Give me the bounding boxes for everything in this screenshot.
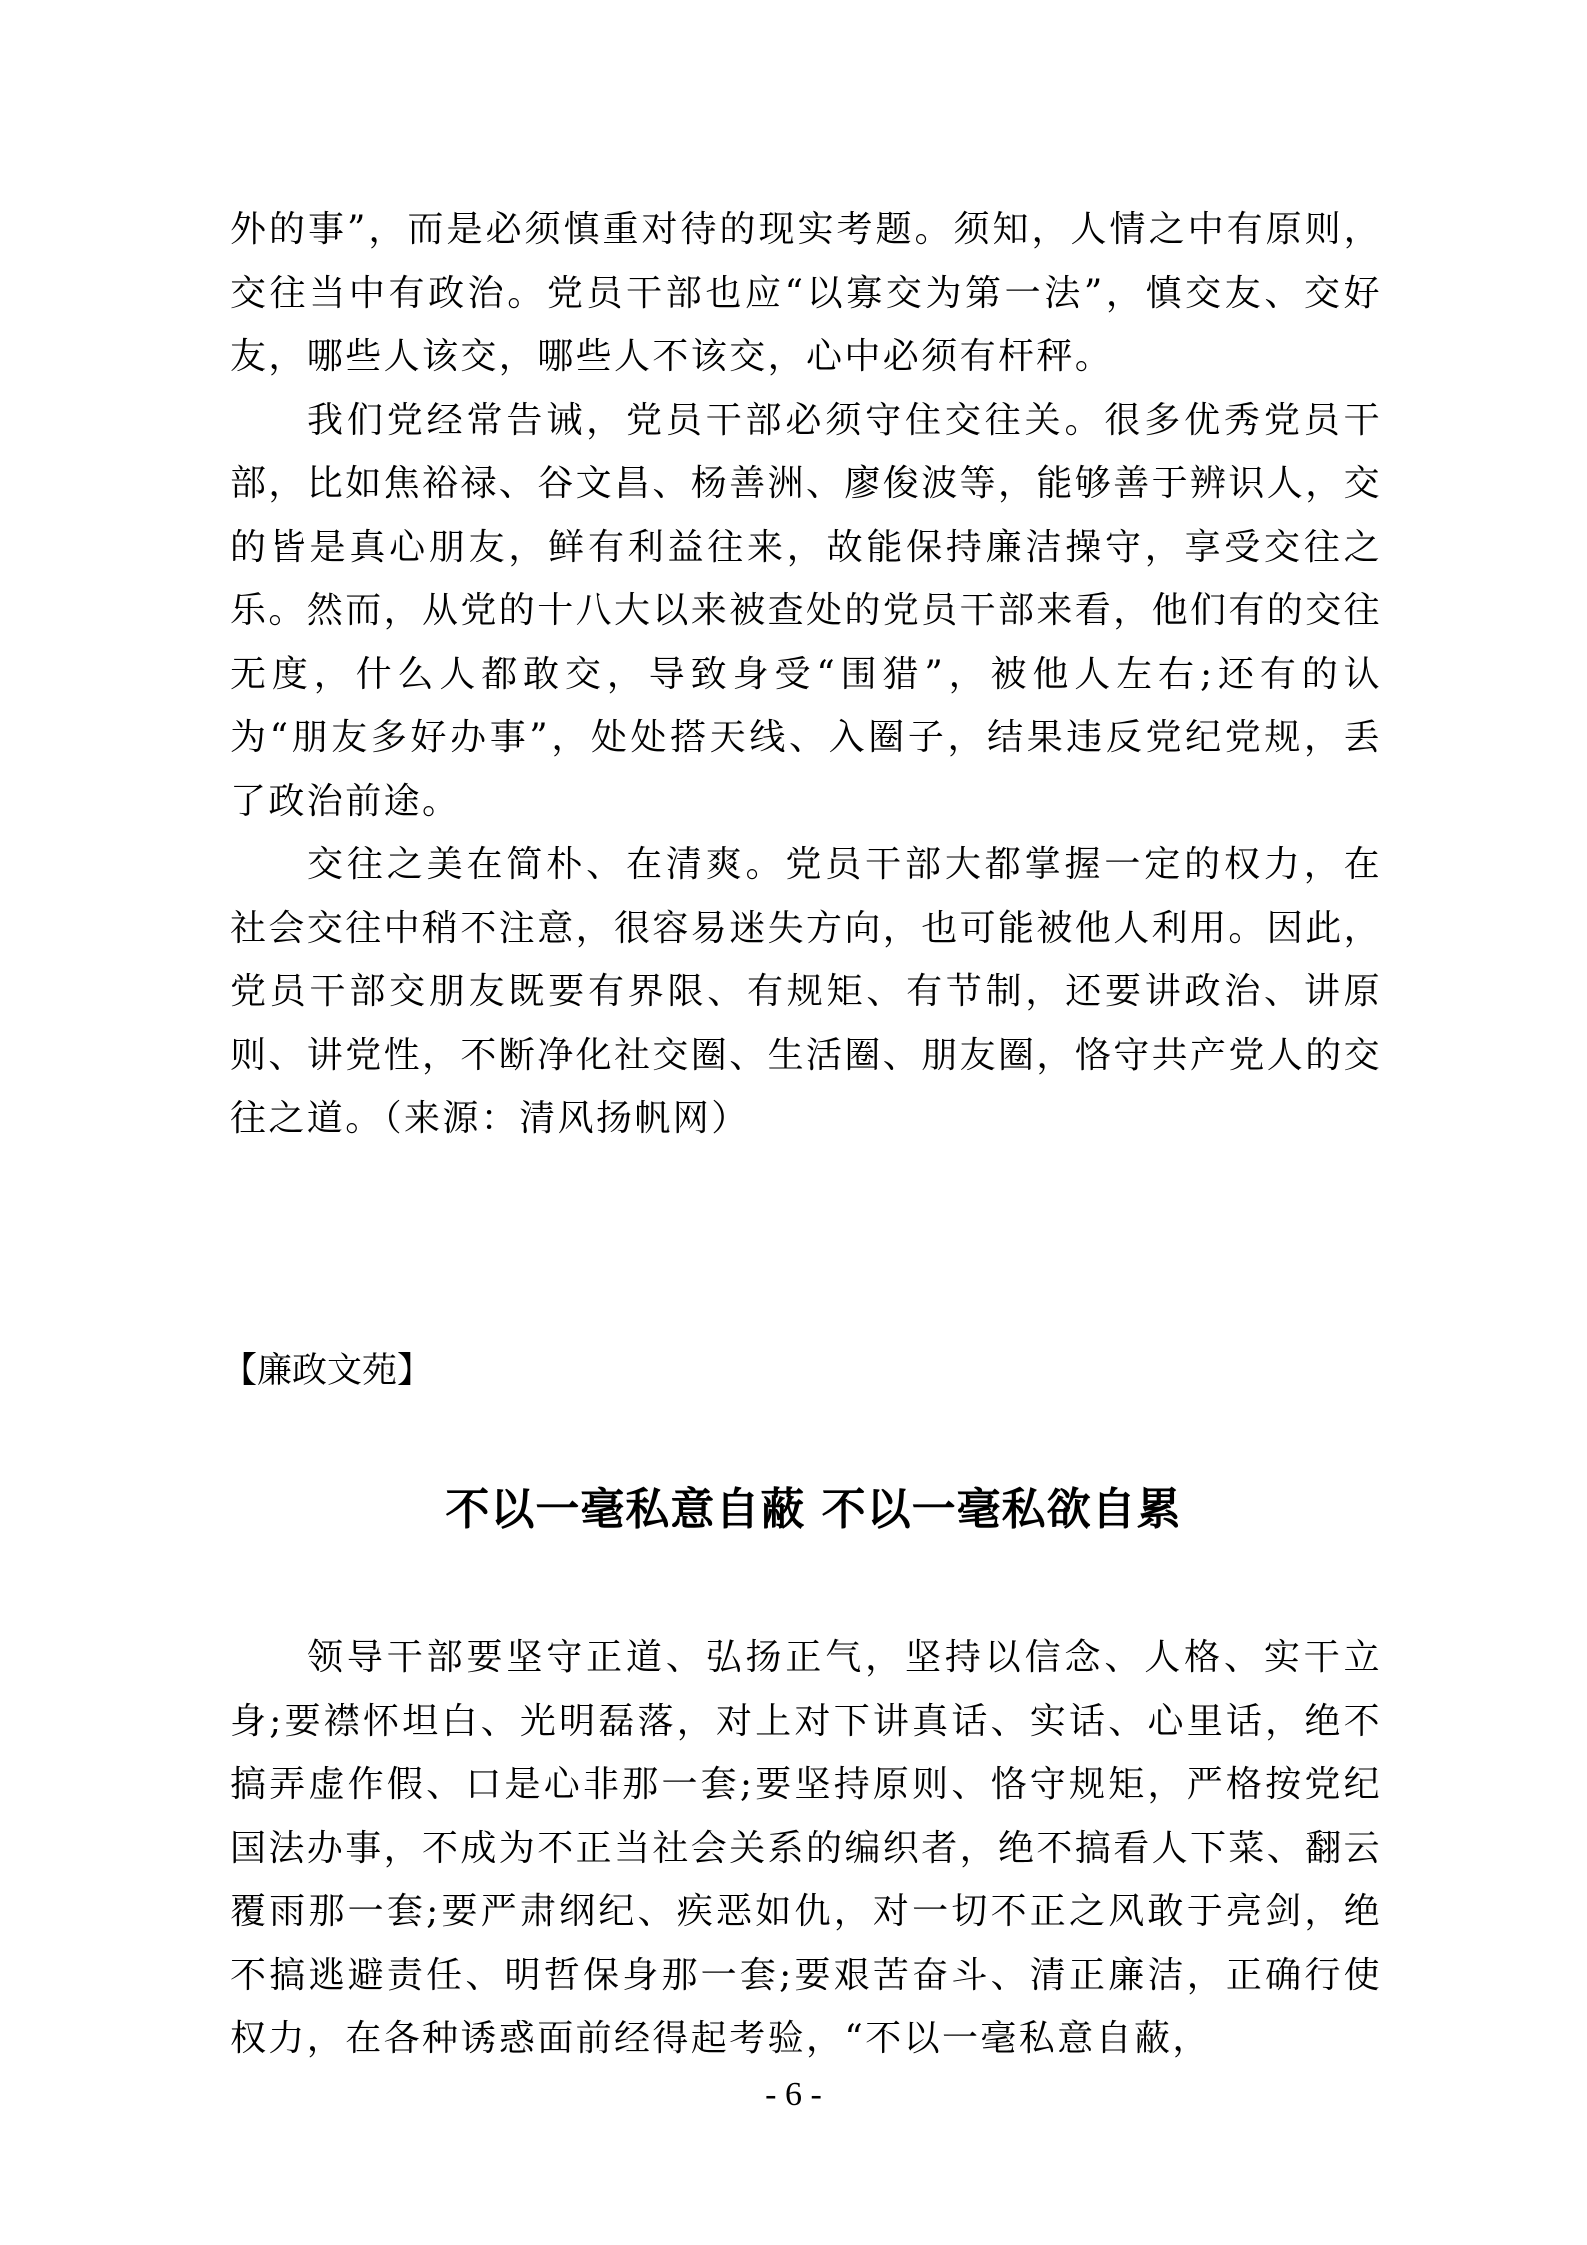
- paragraph: 我们党经常告诫，党员干部必须守住交往关。很多优秀党员干部，比如焦裕禄、谷文昌、杨…: [230, 389, 1382, 834]
- article-continuation: 外的事”，而是必须慎重对待的现实考题。须知，人情之中有原则，交往当中有政治。党员…: [230, 198, 1382, 1151]
- page-number: - 6 -: [0, 2075, 1587, 2115]
- column-tag: 【廉政文苑】: [222, 1346, 432, 1396]
- paragraph: 领导干部要坚守正道、弘扬正气，坚持以信念、人格、实干立身;要襟怀坦白、光明磊落，…: [230, 1626, 1382, 2071]
- document-page: 外的事”，而是必须慎重对待的现实考题。须知，人情之中有原则，交往当中有政治。党员…: [0, 0, 1587, 2245]
- paragraph: 交往之美在简朴、在清爽。党员干部大都掌握一定的权力，在社会交往中稍不注意，很容易…: [230, 833, 1382, 1151]
- article-body: 领导干部要坚守正道、弘扬正气，坚持以信念、人格、实干立身;要襟怀坦白、光明磊落，…: [230, 1626, 1382, 2071]
- paragraph: 外的事”，而是必须慎重对待的现实考题。须知，人情之中有原则，交往当中有政治。党员…: [230, 198, 1382, 389]
- article-title: 不以一毫私意自蔽 不以一毫私欲自累: [0, 1480, 1587, 1540]
